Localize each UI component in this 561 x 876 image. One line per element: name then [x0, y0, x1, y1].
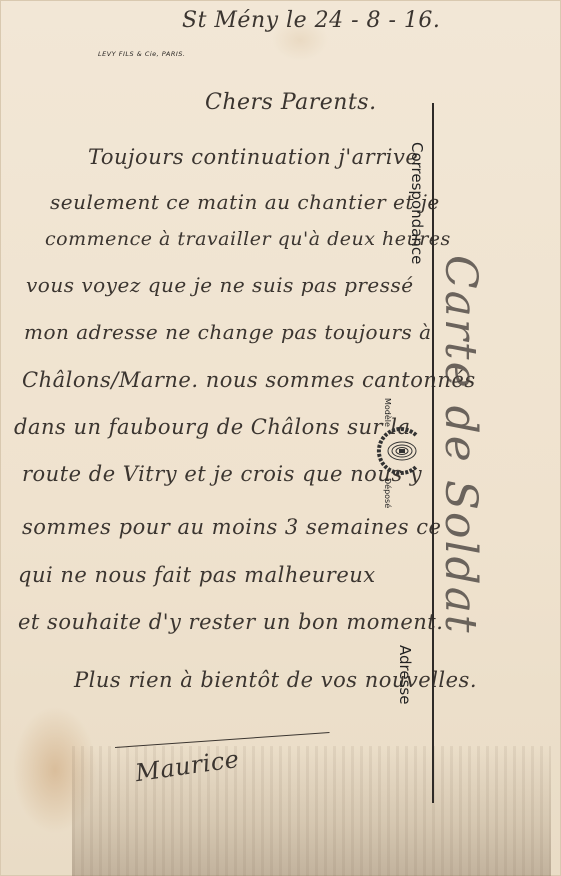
message-line-3: commence à travailler qu'à deux heures [45, 228, 451, 250]
message-line-4: vous voyez que je ne suis pas pressé [26, 273, 414, 297]
message-line-8: route de Vitry et je crois que nous y [22, 462, 422, 486]
place-date: St Mény le 24 - 8 - 16. [182, 8, 440, 33]
postcard-back: St Mény le 24 - 8 - 16. LEVY FILS & Cie,… [0, 0, 561, 876]
correspondence-address-divider [432, 103, 434, 803]
message-closing: Plus rien à bientôt de vos nouvelles. [74, 668, 477, 692]
message-line-7: dans un faubourg de Châlons sur la [14, 415, 411, 439]
message-line-1: Toujours continuation j'arrive [88, 145, 418, 169]
address-label: Adresse [396, 645, 414, 704]
address-handwriting: Carte de Soldat [435, 255, 486, 635]
message-line-10: qui ne nous fait pas malheureux [18, 563, 376, 587]
modele-label: Modèle [383, 398, 392, 427]
message-line-11: et souhaite d'y rester un bon moment. [18, 610, 443, 634]
message-line-6: Châlons/Marne. nous sommes cantonnés [22, 368, 476, 392]
publisher-emblem-icon [376, 425, 426, 477]
salutation: Chers Parents. [205, 90, 377, 115]
correspondence-label: Correspondance [408, 142, 426, 264]
depose-label: Déposé [383, 478, 392, 508]
signature: Maurice [134, 745, 242, 787]
message-line-9: sommes pour au moins 3 semaines ce [22, 515, 441, 539]
message-line-2: seulement ce matin au chantier et je [50, 190, 440, 214]
publisher-imprint: LEVY FILS & Cie, PARIS. [98, 50, 185, 58]
signature-underline [115, 732, 330, 748]
message-line-5: mon adresse ne change pas toujours à [24, 320, 432, 344]
